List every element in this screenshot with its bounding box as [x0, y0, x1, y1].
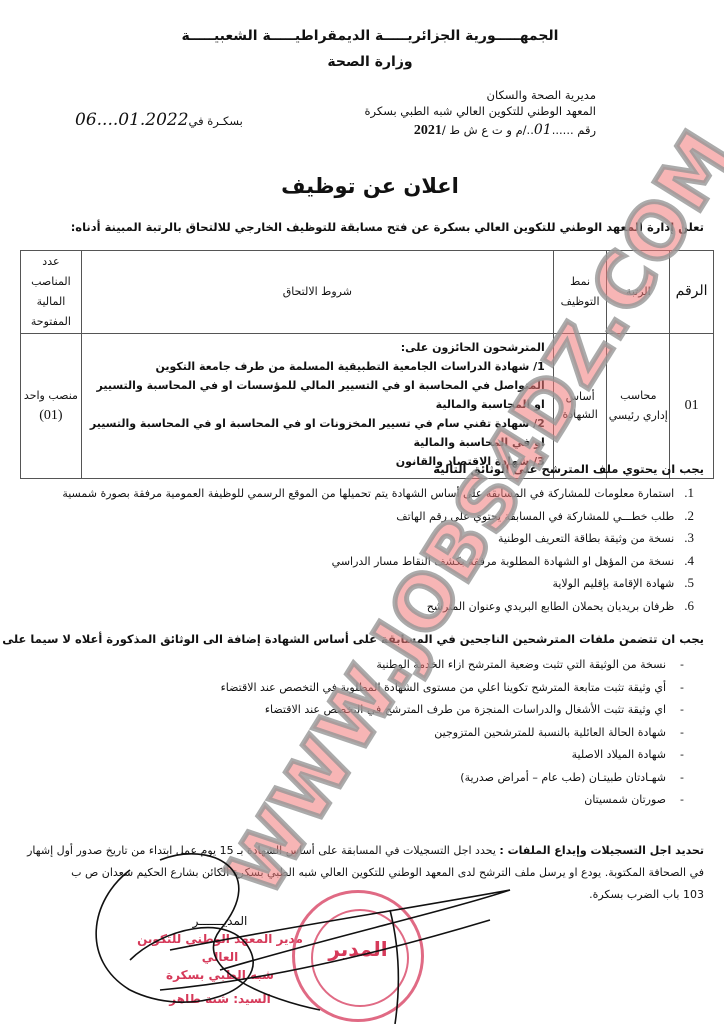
- required-docs-title: يجب ان يحتوي ملف المترشح على الوثائق الت…: [433, 462, 704, 476]
- cell-mode: أساس الشهادة: [553, 334, 607, 479]
- condition-line: او في المحاسبة والمالية: [90, 433, 545, 452]
- list-item: 1.استمارة معلومات للمشاركة في المسابقة ع…: [62, 482, 694, 505]
- stamp-line-1: مدير المعهد الوطني للتكوين العالي: [120, 930, 320, 966]
- table-header-row: الرقم الرتبة نمط التوظيف شروط الالتحاق ع…: [21, 251, 714, 334]
- list-item: -نسخة من الوثيقة التي تثبت وضعية المترشح…: [221, 654, 684, 677]
- list-item: -شهـادتان طبيتـان (طب عام – أمراض صدرية): [221, 767, 684, 790]
- director-name: السيد: شنة طاهر: [120, 990, 320, 1008]
- list-item: -صورتان شمسيتان: [221, 789, 684, 812]
- header-positions: عدد المناصب المالية المفتوحة: [21, 251, 82, 334]
- condition-line: او المحاسبة والمالية: [90, 395, 545, 414]
- handwritten-date: 06....01.2022: [75, 110, 189, 130]
- reference-number: رقم ......01../م و ت ع ش ط /2021: [414, 122, 596, 139]
- header-conditions: شروط الالتحاق: [81, 251, 553, 334]
- ref-year: 2021: [414, 123, 442, 138]
- ref-prefix: رقم ......: [552, 123, 596, 137]
- required-docs-list: 1.استمارة معلومات للمشاركة في المسابقة ع…: [62, 482, 694, 617]
- list-item: 4.نسخة من المؤهل او الشهادة المطلوبة مرف…: [62, 550, 694, 573]
- list-item: -شهادة الحالة العائلية بالنسبة للمترشحين…: [221, 722, 684, 745]
- list-item: -اي وثيقة تثبت الأشغال والدراسات المنجزة…: [221, 699, 684, 722]
- condition-line: 1/ شهادة الدراسات الجامعية التطبيقية الم…: [90, 357, 545, 376]
- positions-text: منصب واحد: [22, 386, 80, 406]
- list-item: -أي وثيقة تثبت متابعة المترشح تكوينا اعل…: [221, 677, 684, 700]
- header-number: الرقم: [670, 251, 714, 334]
- cell-positions: منصب واحد (01): [21, 334, 82, 479]
- condition-line: المترشحون الحائزون على:: [90, 338, 545, 357]
- ref-suffix: ../م و ت ع ش ط /: [442, 123, 534, 137]
- directorate-label: مديرية الصحة والسكان: [487, 88, 597, 102]
- successful-docs-title: يجب ان تتضمن ملفات المترشحين الناجحين في…: [2, 632, 704, 646]
- positions-count: (01): [22, 406, 80, 426]
- date-line: 06....01.2022بسكـرة في: [75, 110, 243, 130]
- positions-table: الرقم الرتبة نمط التوظيف شروط الالتحاق ع…: [20, 250, 714, 479]
- header-rank: الرتبة: [607, 251, 670, 334]
- official-stamp: المدير: [292, 890, 424, 1022]
- cell-number: 01: [670, 334, 714, 479]
- table-row: 01 محاسب إداري رئيسي أساس الشهادة المترش…: [21, 334, 714, 479]
- successful-docs-list: -نسخة من الوثيقة التي تثبت وضعية المترشح…: [221, 654, 684, 812]
- republic-header: الجمهـــــورية الجزائريـــــة الديمقراطي…: [150, 28, 590, 44]
- stamp-line-2: شبه الطبي بسكرة: [120, 966, 320, 984]
- ref-number: 01: [534, 122, 552, 138]
- condition-line: المتواصل في المحاسبة او في التسيير المال…: [90, 376, 545, 395]
- ministry-header: وزارة الصحة: [240, 54, 500, 70]
- list-item: 5.شهادة الإقامة بإقليم الولاية: [62, 572, 694, 595]
- header-mode: نمط التوظيف: [553, 251, 607, 334]
- list-item: -شهادة الميلاد الاصلية: [221, 744, 684, 767]
- institute-label: المعهد الوطني للتكوين العالي شبه الطبي ب…: [364, 104, 596, 118]
- director-title: المديـــــــر: [120, 912, 320, 930]
- list-item: 6.ظرفان بريديان يحملان الطابع البريدي وع…: [62, 595, 694, 618]
- cell-rank: محاسب إداري رئيسي: [607, 334, 670, 479]
- deadline-label: تحديد اجل التسجيلات وإيداع الملفات :: [499, 844, 704, 857]
- page-title: اعلان عن توظيف: [200, 174, 540, 198]
- place-label: بسكـرة في: [189, 114, 243, 128]
- condition-line: 2/ شهادة تقني سام في تسيير المخزونات او …: [90, 414, 545, 433]
- signature-block: المديـــــــر مدير المعهد الوطني للتكوين…: [120, 912, 320, 1008]
- cell-conditions: المترشحون الحائزون على: 1/ شهادة الدراسا…: [81, 334, 553, 479]
- intro-paragraph: تعلن إدارة المعهد الوطني للتكوين العالي …: [71, 220, 704, 234]
- list-item: 3.نسخة من وثيقة بطاقة التعريف الوطنية: [62, 527, 694, 550]
- list-item: 2.طلب خطـــي للمشاركة في المسابقة يحتوي …: [62, 505, 694, 528]
- stamp-label: المدير: [295, 937, 421, 961]
